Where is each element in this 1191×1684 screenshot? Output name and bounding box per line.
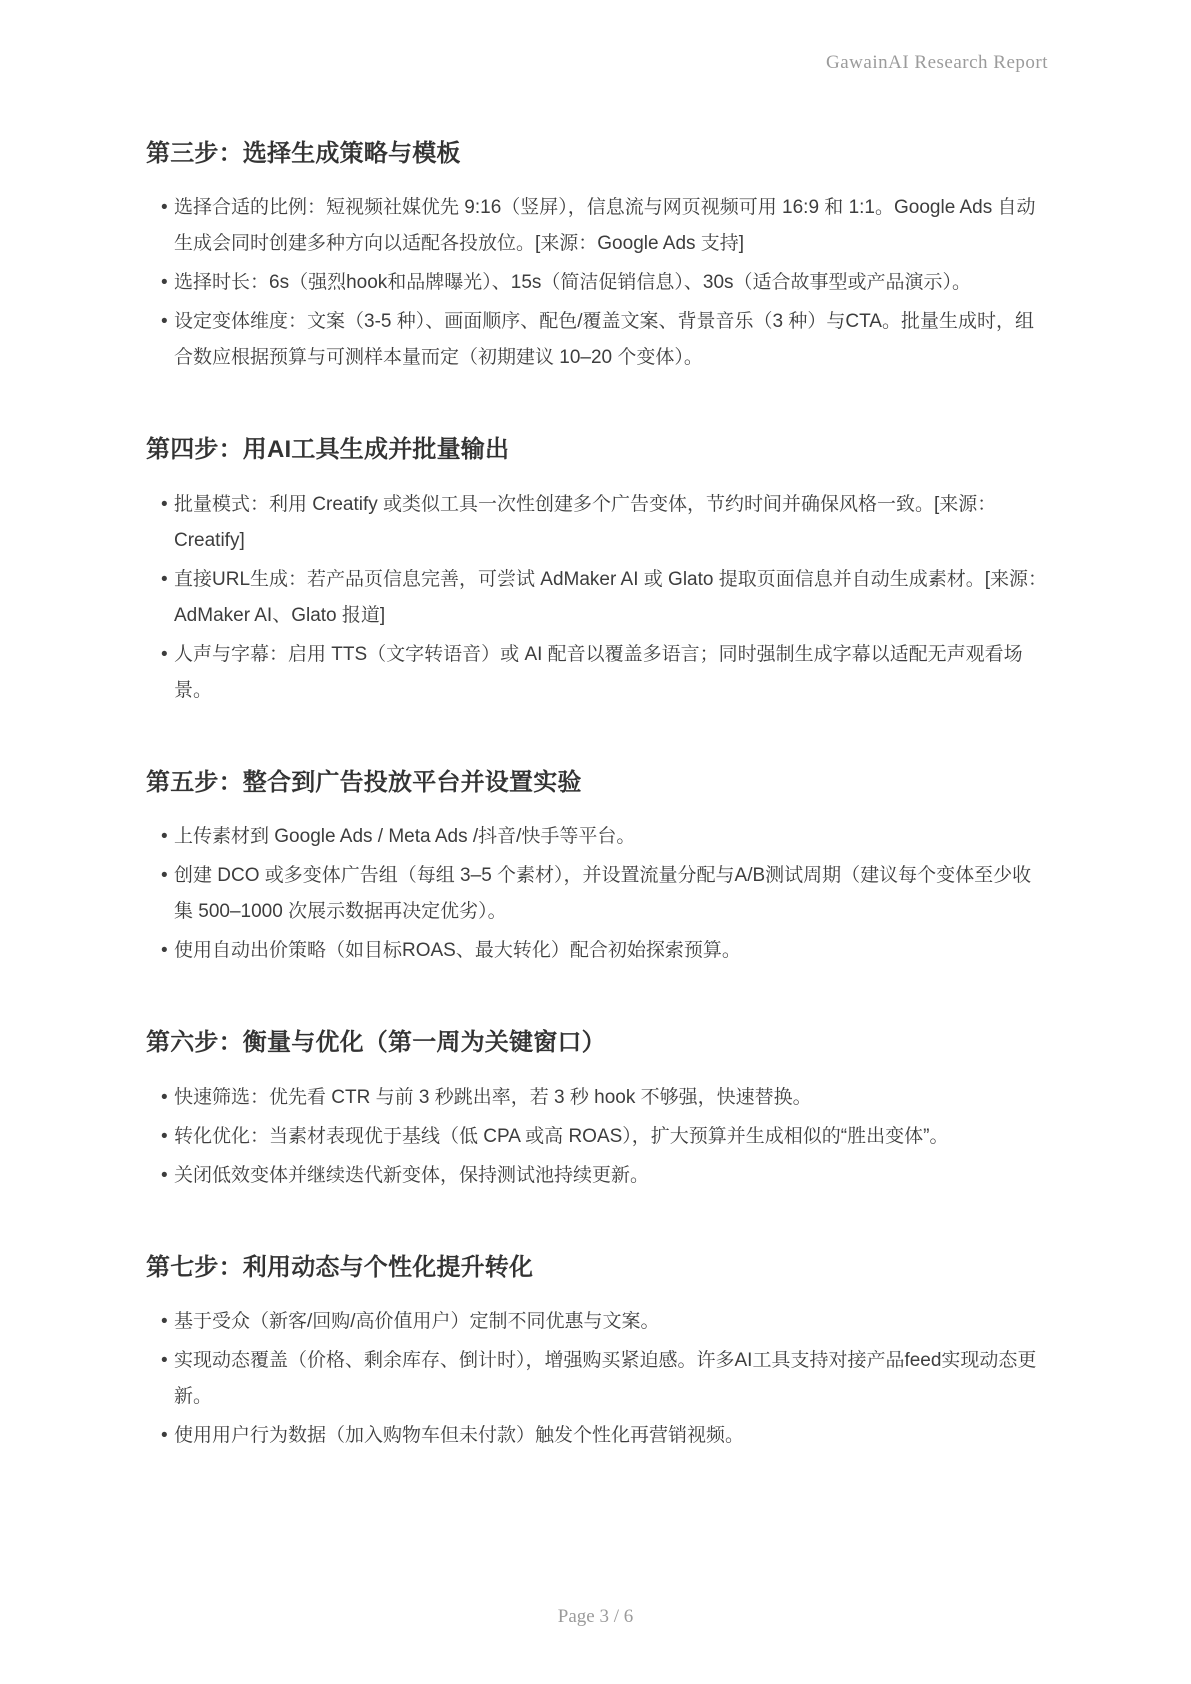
section-heading: 第六步：衡量与优化（第一周为关键窗口） — [146, 1027, 1048, 1059]
page-number: Page 3 / 6 — [558, 1606, 633, 1627]
section-step-4: 第四步：用AI工具生成并批量输出 批量模式：利用 Creatify 或类似工具一… — [146, 434, 1048, 708]
bullet-list: 批量模式：利用 Creatify 或类似工具一次性创建多个广告变体，节约时间并确… — [146, 487, 1048, 709]
report-title: GawainAI Research Report — [826, 52, 1048, 73]
bullet-list: 基于受众（新客/回购/高价值用户）定制不同优惠与文案。 实现动态覆盖（价格、剩余… — [146, 1304, 1048, 1454]
list-item: 关闭低效变体并继续迭代新变体，保持测试池持续更新。 — [161, 1158, 1048, 1194]
list-item: 实现动态覆盖（价格、剩余库存、倒计时），增强购买紧迫感。许多AI工具支持对接产品… — [161, 1343, 1048, 1415]
list-item: 创建 DCO 或多变体广告组（每组 3–5 个素材），并设置流量分配与A/B测试… — [161, 858, 1048, 930]
section-step-7: 第七步：利用动态与个性化提升转化 基于受众（新客/回购/高价值用户）定制不同优惠… — [146, 1252, 1048, 1454]
list-item: 转化优化：当素材表现优于基线（低 CPA 或高 ROAS），扩大预算并生成相似的… — [161, 1119, 1048, 1155]
list-item: 人声与字幕：启用 TTS（文字转语音）或 AI 配音以覆盖多语言；同时强制生成字… — [161, 637, 1048, 709]
bullet-list: 上传素材到 Google Ads / Meta Ads /抖音/快手等平台。 创… — [146, 819, 1048, 969]
section-heading: 第三步：选择生成策略与模板 — [146, 138, 1048, 170]
document-page: GawainAI Research Report 第三步：选择生成策略与模板 选… — [0, 0, 1191, 1684]
section-step-3: 第三步：选择生成策略与模板 选择合适的比例：短视频社媒优先 9:16（竖屏），信… — [146, 138, 1048, 376]
list-item: 选择时长：6s（强烈hook和品牌曝光）、15s（简洁促销信息）、30s（适合故… — [161, 265, 1048, 301]
list-item: 直接URL生成：若产品页信息完善，可尝试 AdMaker AI 或 Glato … — [161, 562, 1048, 634]
report-content: 第三步：选择生成策略与模板 选择合适的比例：短视频社媒优先 9:16（竖屏），信… — [146, 138, 1048, 1512]
list-item: 选择合适的比例：短视频社媒优先 9:16（竖屏），信息流与网页视频可用 16:9… — [161, 190, 1048, 262]
list-item: 批量模式：利用 Creatify 或类似工具一次性创建多个广告变体，节约时间并确… — [161, 487, 1048, 559]
list-item: 使用自动出价策略（如目标ROAS、最大转化）配合初始探索预算。 — [161, 933, 1048, 969]
bullet-list: 选择合适的比例：短视频社媒优先 9:16（竖屏），信息流与网页视频可用 16:9… — [146, 190, 1048, 376]
section-heading: 第四步：用AI工具生成并批量输出 — [146, 434, 1048, 466]
section-heading: 第七步：利用动态与个性化提升转化 — [146, 1252, 1048, 1284]
bullet-list: 快速筛选：优先看 CTR 与前 3 秒跳出率，若 3 秒 hook 不够强，快速… — [146, 1080, 1048, 1194]
list-item: 快速筛选：优先看 CTR 与前 3 秒跳出率，若 3 秒 hook 不够强，快速… — [161, 1080, 1048, 1116]
section-step-5: 第五步：整合到广告投放平台并设置实验 上传素材到 Google Ads / Me… — [146, 767, 1048, 969]
list-item: 使用用户行为数据（加入购物车但未付款）触发个性化再营销视频。 — [161, 1418, 1048, 1454]
page-footer: Page 3 / 6 — [0, 1606, 1191, 1628]
section-heading: 第五步：整合到广告投放平台并设置实验 — [146, 767, 1048, 799]
report-header: GawainAI Research Report — [826, 52, 1048, 74]
list-item: 设定变体维度：文案（3-5 种）、画面顺序、配色/覆盖文案、背景音乐（3 种）与… — [161, 304, 1048, 376]
list-item: 上传素材到 Google Ads / Meta Ads /抖音/快手等平台。 — [161, 819, 1048, 855]
list-item: 基于受众（新客/回购/高价值用户）定制不同优惠与文案。 — [161, 1304, 1048, 1340]
section-step-6: 第六步：衡量与优化（第一周为关键窗口） 快速筛选：优先看 CTR 与前 3 秒跳… — [146, 1027, 1048, 1193]
